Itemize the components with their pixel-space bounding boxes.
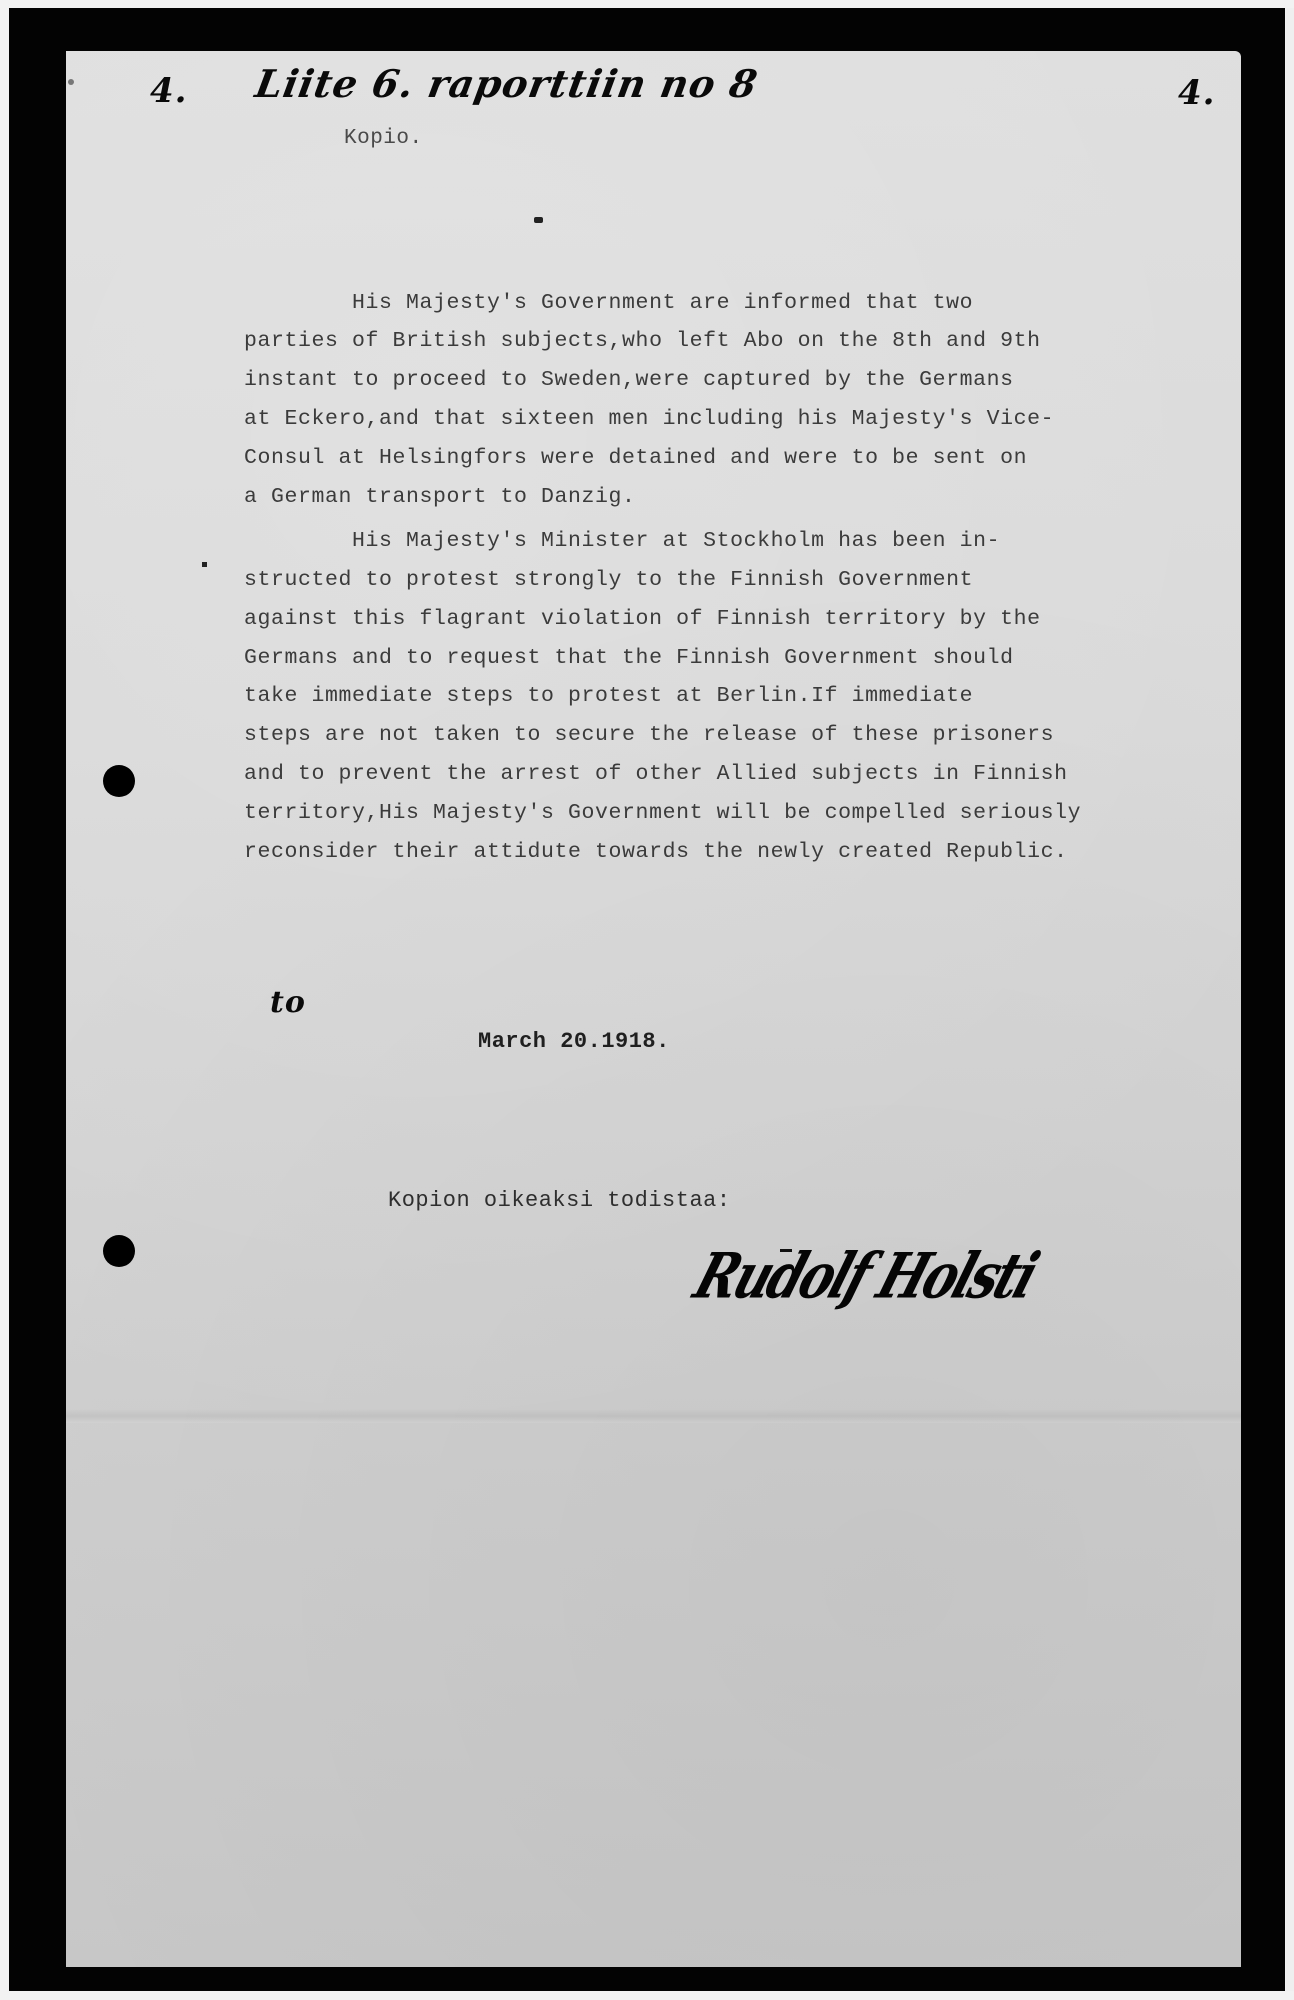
ink-mark — [202, 562, 207, 567]
body-line: structed to protest strongly to the Finn… — [244, 568, 973, 592]
body-line: at Eckero,and that sixteen men including… — [244, 407, 1054, 431]
body-line: against this flagrant violation of Finni… — [244, 607, 1041, 631]
body-line: parties of British subjects,who left Abo… — [244, 329, 1041, 353]
signature: Rudolf Holsti — [686, 1239, 1045, 1313]
handwritten-margin-insert: to — [270, 985, 306, 1020]
body-line: Germans and to request that the Finnish … — [244, 646, 1014, 670]
body-line: a German transport to Danzig. — [244, 485, 636, 509]
body-line: Consul at Helsingfors were detained and … — [244, 446, 1027, 470]
body-line: steps are not taken to secure the releas… — [244, 723, 1054, 747]
handwritten-page-number-right: 4. — [1178, 73, 1216, 113]
handwritten-page-number-left: 4. — [150, 71, 188, 111]
attestation-label: Kopion oikeaksi todistaa: — [388, 1188, 731, 1213]
punch-hole-upper — [103, 765, 135, 797]
document-header: Kopio. — [344, 127, 423, 150]
body-line: and to prevent the arrest of other Allie… — [244, 762, 1068, 786]
body-line: territory,His Majesty's Government will … — [244, 801, 1081, 825]
body-line: His Majesty's Minister at Stockholm has … — [244, 529, 1000, 553]
document-date: March 20.1918. — [478, 1029, 670, 1054]
scan-edge — [1286, 8, 1294, 1991]
body-line: instant to proceed to Sweden,were captur… — [244, 368, 1014, 392]
document-page: 4. Liite 6. raporttiin no 8 4. Kopio. Hi… — [66, 51, 1241, 1967]
paper-fold-line — [66, 1409, 1241, 1423]
body-line: His Majesty's Government are informed th… — [244, 291, 973, 315]
punch-hole-lower — [103, 1235, 135, 1267]
body-line: take immediate steps to protest at Berli… — [244, 684, 973, 708]
body-line: reconsider their attidute towards the ne… — [244, 840, 1068, 864]
ink-mark — [534, 217, 543, 223]
handwritten-annotation: Liite 6. raporttiin no 8 — [252, 61, 761, 106]
stain-mark — [68, 79, 74, 85]
